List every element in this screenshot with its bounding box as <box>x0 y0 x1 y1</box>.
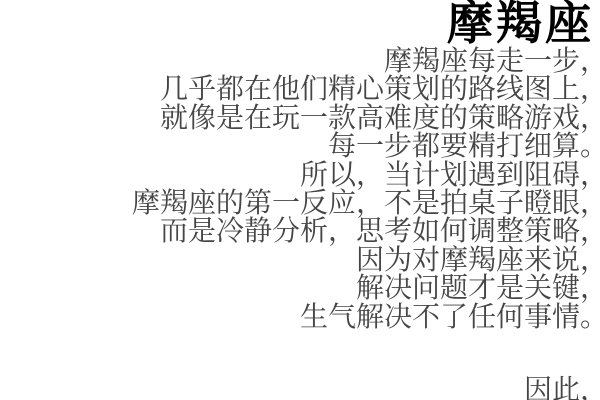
page-title: 摩羯座 <box>0 0 600 47</box>
text-line: 解决问题才是关键， <box>0 274 600 302</box>
text-line: 摩羯座的第一反应，不是拍桌子瞪眼， <box>0 189 600 217</box>
text-line: 摩羯座每走一步， <box>0 47 600 75</box>
text-line: 而是冷静分析，思考如何调整策略， <box>0 217 600 245</box>
text-line: 生气解决不了任何事情。 <box>0 303 600 331</box>
text-line: 因为对摩羯座来说， <box>0 246 600 274</box>
text-line: 就像是在玩一款高难度的策略游戏， <box>0 104 600 132</box>
quote-card: 摩羯座 摩羯座每走一步， 几乎都在他们精心策划的路线图上， 就像是在玩一款高难度… <box>0 0 600 400</box>
quote-body: 摩羯座每走一步， 几乎都在他们精心策划的路线图上， 就像是在玩一款高难度的策略游… <box>0 47 600 400</box>
text-line: 几乎都在他们精心策划的路线图上， <box>0 75 600 103</box>
closing-line: 因此， <box>0 376 600 400</box>
text-line: 所以，当计划遇到阻碍， <box>0 161 600 189</box>
text-line: 每一步都要精打细算。 <box>0 132 600 160</box>
